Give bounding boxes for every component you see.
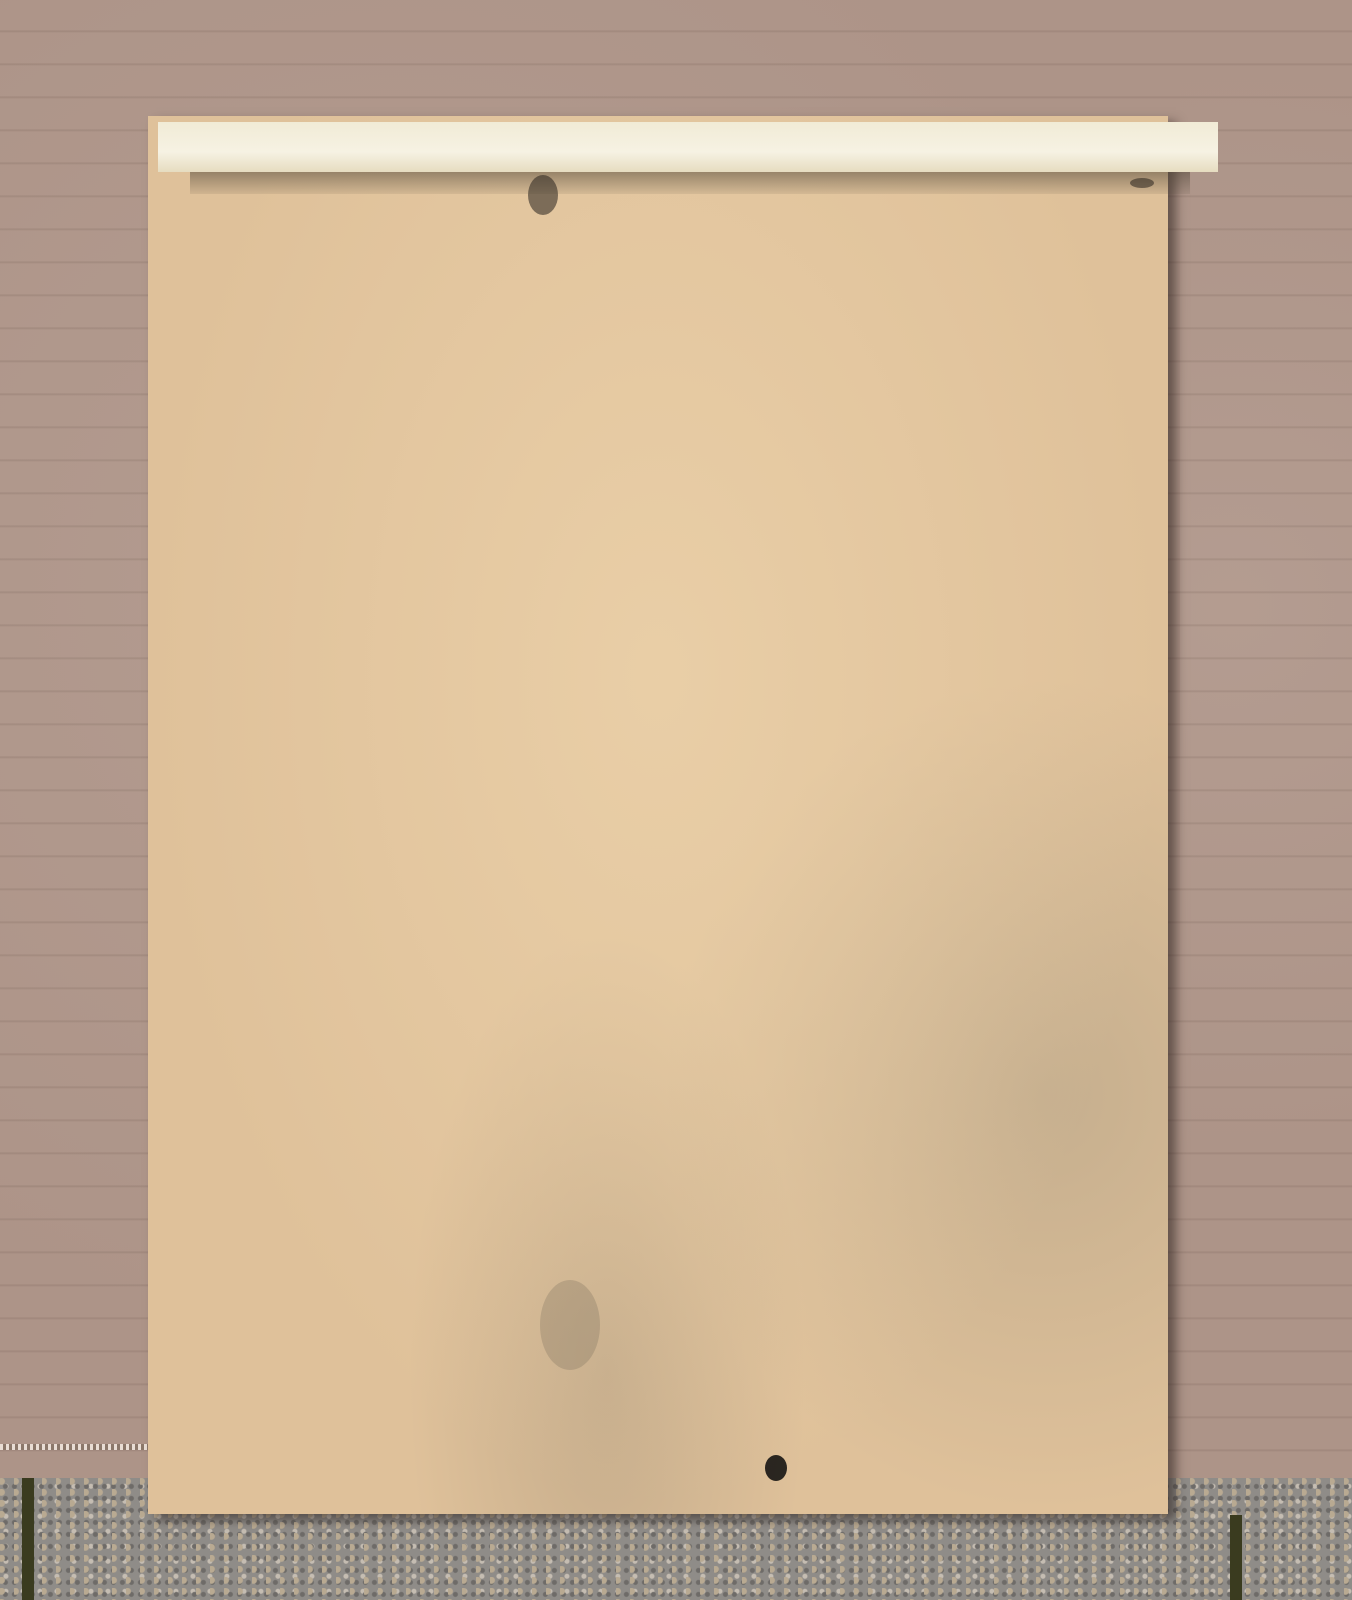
cardboard-edge-left	[0, 1444, 150, 1450]
ink-stain-corner	[1130, 178, 1154, 188]
ground-crack-left	[22, 1478, 34, 1600]
ground-crack-right	[1230, 1515, 1242, 1600]
ink-splatter-bottom	[765, 1455, 787, 1481]
ink-stain-top	[528, 175, 558, 215]
smudge-bottom	[540, 1280, 600, 1370]
cardboard-background-right	[1180, 0, 1352, 1515]
tape-shadow	[190, 170, 1190, 194]
masking-tape-strip	[158, 122, 1218, 172]
aged-paper-sheet	[148, 116, 1168, 1514]
